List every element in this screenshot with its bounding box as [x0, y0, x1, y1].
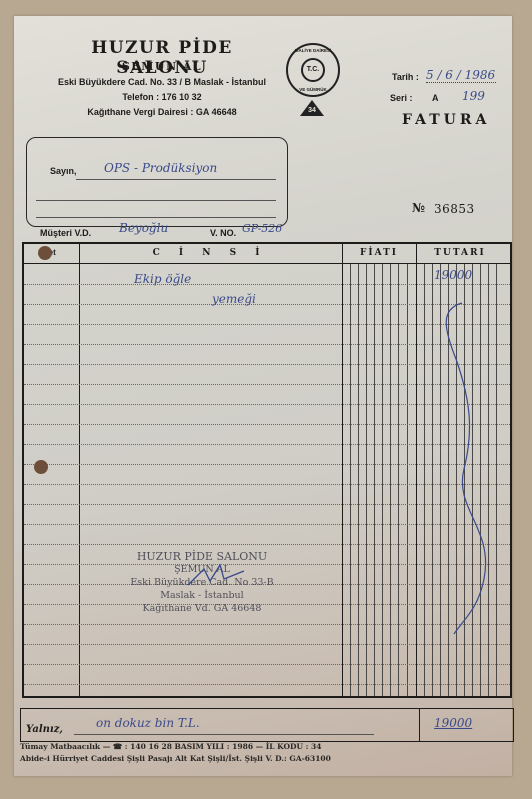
total-divider — [419, 708, 420, 742]
punch-hole-top — [38, 246, 52, 260]
invoice-number-label: № — [412, 201, 425, 215]
total-amount: 19000 — [434, 716, 472, 730]
business-phone: Telefon : 176 10 32 — [34, 92, 290, 102]
series-number: 199 — [462, 89, 485, 103]
business-tax-office: Kağıthane Vergi Dairesi : GA 46648 — [34, 107, 290, 117]
printer-info-line1: Tümay Matbaacılık — ☎ : 140 16 28 BASIM … — [20, 742, 321, 751]
official-seal-icon: MALİYE DAİRESİ T.C. VE GÜMRÜK — [286, 43, 340, 97]
date-value: 5 / 6 / 1986 — [426, 68, 496, 83]
invoice-paper: HUZUR PİDE SALONU ŞEMUN AL Eski Büyükder… — [14, 16, 512, 776]
column-divider — [416, 244, 417, 696]
strikeout-squiggle-icon — [434, 299, 504, 639]
seal-center-text: T.C. — [301, 58, 325, 82]
items-table: Adet C İ N S İ FİATI TUTARI Ekip öğle ye… — [22, 242, 512, 698]
invoice-number-value: 36853 — [434, 202, 475, 216]
series-label: Seri : — [390, 93, 413, 103]
customer-tax-no-value: GP-526 — [242, 222, 282, 235]
column-divider — [342, 244, 343, 696]
business-address: Eski Büyükdere Cad. No. 33 / B Maslak - … — [34, 77, 290, 87]
punch-hole-bottom — [34, 460, 48, 474]
series-letter: A — [432, 93, 439, 103]
customer-line-1 — [76, 179, 276, 180]
table-header: Adet C İ N S İ FİATI TUTARI — [24, 244, 510, 264]
customer-name-label: Sayın, — [50, 166, 77, 176]
customer-name-value: OPS - Prodüksiyon — [104, 161, 217, 175]
customer-tax-office-value: Beyoğlu — [119, 221, 168, 235]
owner-name: ŞEMUN AL — [42, 60, 282, 73]
customer-tax-no-label: V. NO. — [210, 228, 236, 238]
item-amount: 19000 — [434, 268, 472, 282]
printer-info-line2: Abide-i Hürriyet Caddesi Şişli Pasajı Al… — [20, 754, 331, 763]
item-description-line2: yemeği — [212, 292, 256, 306]
amount-in-words-label: Yalnız, — [26, 724, 63, 735]
item-description-line1: Ekip öğle — [134, 272, 191, 286]
seal-top-text: MALİYE DAİRESİ — [288, 48, 338, 53]
customer-line-3 — [36, 217, 276, 218]
amount-in-words-value: on dokuz bin T.L. — [96, 716, 200, 730]
document-type: FATURA — [402, 112, 490, 128]
column-header-cinsi: C İ N S İ — [80, 248, 340, 258]
column-header-fiati: FİATI — [342, 248, 416, 258]
customer-line-2 — [36, 200, 276, 201]
date-label: Tarih : — [392, 72, 419, 82]
signature-icon — [184, 561, 254, 591]
words-line — [74, 734, 374, 735]
column-header-tutari: TUTARI — [416, 248, 504, 258]
seal-bottom-text: VE GÜMRÜK — [288, 87, 338, 92]
stamp-line-5: Kağıthane Vd. GA 46648 — [122, 602, 282, 615]
province-code: 34 — [304, 107, 320, 114]
customer-box — [26, 137, 288, 227]
column-divider — [79, 244, 80, 696]
customer-tax-office-label: Müşteri V.D. — [40, 228, 91, 238]
